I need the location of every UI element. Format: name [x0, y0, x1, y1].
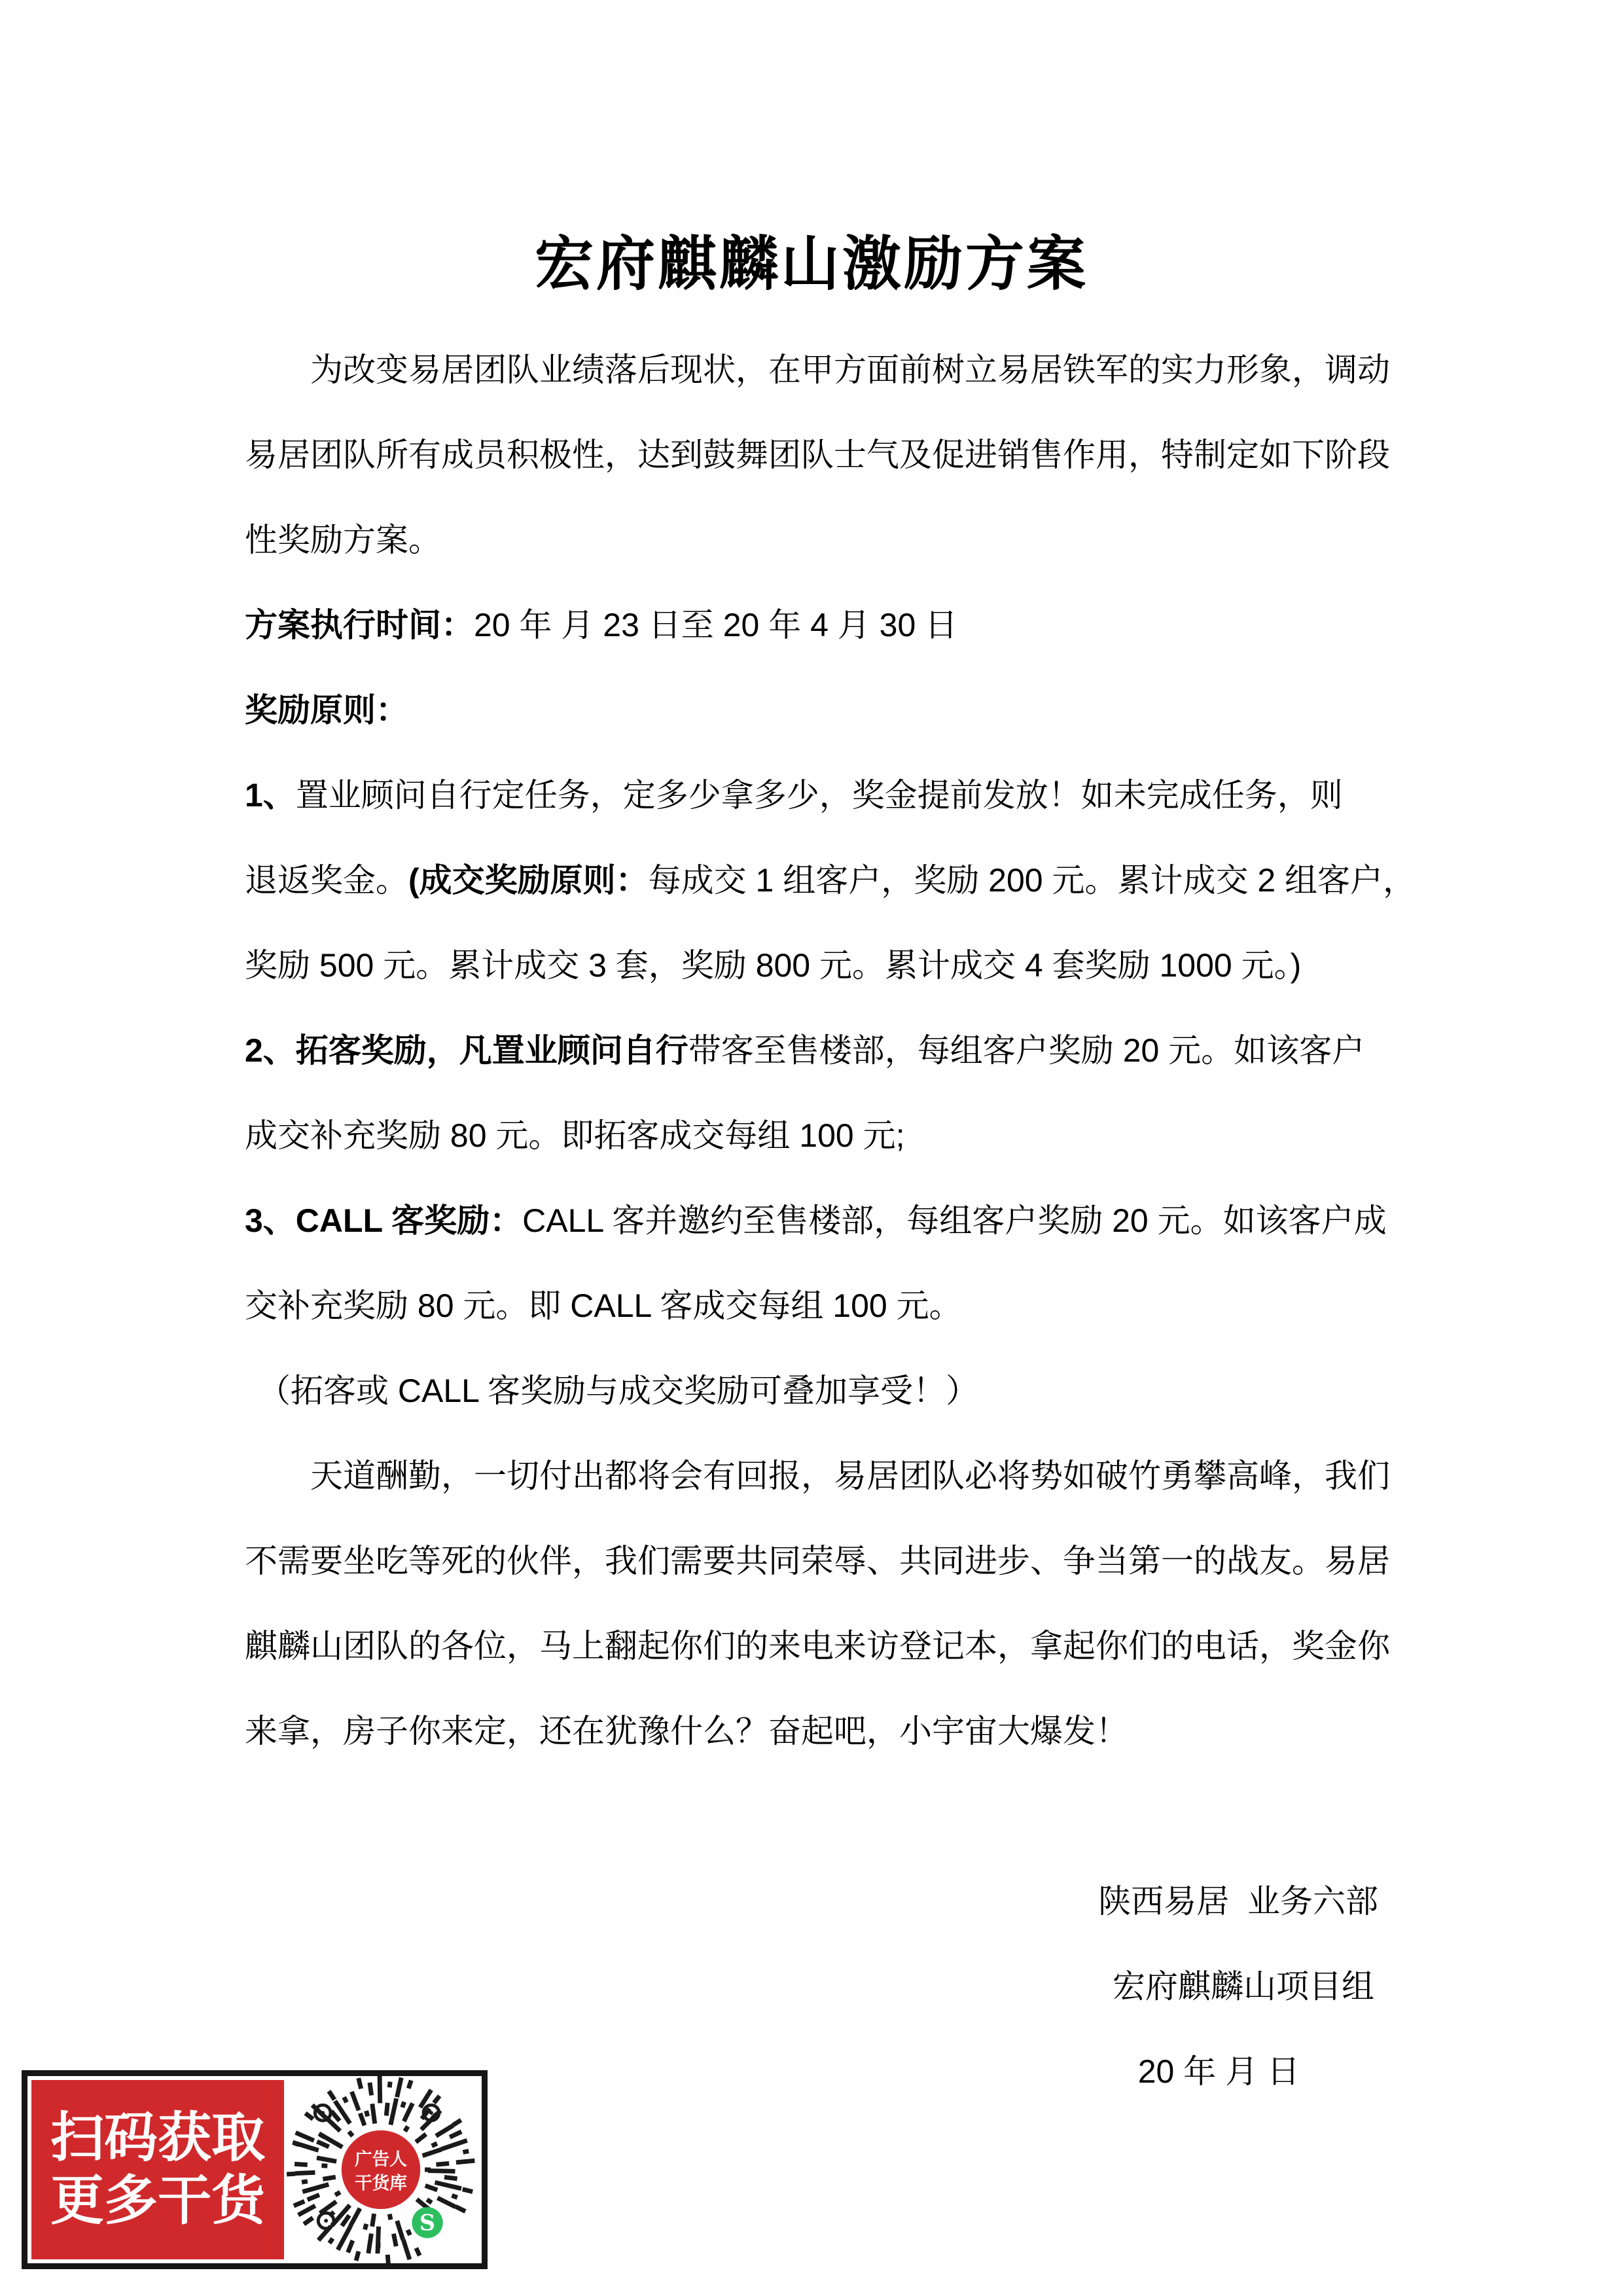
text-run: 为改变易居团队业绩落后现状，在甲方面前树立易居铁军的实力形象，调动	[310, 351, 1390, 388]
signature-department: 陕西易居 业务六部	[245, 1859, 1378, 1944]
qr-center-disc	[342, 2130, 420, 2209]
body-line-item-3: 3、CALL 客奖励：CALL 客并邀约至售楼部，每组客户奖励 20 元。如该客…	[245, 1178, 1378, 1263]
text-run: 宏府麒麟山项目组	[1113, 1968, 1374, 2005]
text-run: 20 年 月 日	[1138, 2053, 1300, 2090]
page-title: 宏府麒麟山激励方案	[0, 230, 1623, 298]
body-line: 成交补充奖励 80 元。即拓客成交每组 100 元;	[245, 1093, 1378, 1178]
text-run: CALL 客并邀约至售楼部，每组客户奖励 20 元。如该客户成	[522, 1202, 1387, 1239]
text-run: 每成交 1 组客户，奖励 200 元。累计成交 2 组客户，	[649, 862, 1416, 899]
label-reward-principle: 奖励原则：	[245, 692, 408, 728]
text-run: 20 年 月 23 日至 20 年 4 月 30 日	[474, 607, 957, 643]
body-line-execution-time: 方案执行时间：20 年 月 23 日至 20 年 4 月 30 日	[245, 583, 1378, 668]
text-run: 退返奖金。	[245, 862, 408, 899]
document-body: 为改变易居团队业绩落后现状，在甲方面前树立易居铁军的实力形象，调动 易居团队所有…	[245, 327, 1378, 2114]
svg-text:S: S	[419, 2210, 435, 2236]
body-line: 退返奖金。(成交奖励原则：每成交 1 组客户，奖励 200 元。累计成交 2 组…	[245, 838, 1378, 923]
scan-code-promo-badge: 扫码获取 更多干货 广告人 干货库 S	[22, 2070, 488, 2269]
signature-project-group: 宏府麒麟山项目组	[245, 1944, 1378, 2029]
text-run: 不需要坐吃等死的伙伴，我们需要共同荣辱、共同进步、争当第一的战友。易居	[245, 1543, 1390, 1579]
mini-program-qr-code[interactable]: 广告人 干货库 S	[284, 2073, 478, 2267]
body-line: 性奖励方案。	[245, 497, 1378, 583]
text-run: 麒麟山团队的各位，马上翻起你们的来电来访登记本，拿起你们的电话，奖金你	[245, 1628, 1390, 1664]
text-run: 奖励 500 元。累计成交 3 套，奖励 800 元。累计成交 4 套奖励 10…	[245, 947, 1301, 984]
body-line-note: （拓客或 CALL 客奖励与成交奖励可叠加享受！）	[245, 1348, 1378, 1433]
text-run: 成交补充奖励 80 元。即拓客成交每组 100 元;	[245, 1117, 905, 1154]
body-line: 来拿，房子你来定，还在犹豫什么？奋起吧，小宇宙大爆发！	[245, 1689, 1378, 1774]
item-3-lead: 3、CALL 客奖励：	[245, 1202, 522, 1239]
item-2-lead: 2、拓客奖励，凡置业顾问自行	[245, 1032, 688, 1069]
text-run: （拓客或 CALL 客奖励与成交奖励可叠加享受！）	[258, 1372, 978, 1409]
promo-caption-line1: 扫码获取	[50, 2107, 265, 2170]
text-run: 带客至售楼部，每组客户奖励 20 元。如该客户	[688, 1032, 1364, 1069]
text-run: 天道酬勤，一切付出都将会有回报，易居团队必将势如破竹勇攀高峰，我们	[310, 1458, 1390, 1494]
body-line-reward-principle-heading: 奖励原则：	[245, 668, 1378, 753]
wechat-miniprogram-logo-icon: S	[412, 2207, 442, 2238]
text-run: 置业顾问自行定任务，定多少拿多少，奖金提前发放！如未完成任务，则	[296, 777, 1343, 814]
label-execution-time: 方案执行时间：	[245, 607, 474, 643]
text-run: 陕西易居 业务六部	[1098, 1883, 1378, 1920]
body-line: 易居团队所有成员积极性，达到鼓舞团队士气及促进销售作用，特制定如下阶段	[245, 412, 1378, 497]
body-line: 天道酬勤，一切付出都将会有回报，易居团队必将势如破竹勇攀高峰，我们	[245, 1433, 1378, 1518]
text-run: 交补充奖励 80 元。即 CALL 客成交每组 100 元。	[245, 1287, 962, 1324]
body-line: 奖励 500 元。累计成交 3 套，奖励 800 元。累计成交 4 套奖励 10…	[245, 923, 1378, 1008]
body-line-item-2: 2、拓客奖励，凡置业顾问自行带客至售楼部，每组客户奖励 20 元。如该客户	[245, 1008, 1378, 1093]
body-line: 不需要坐吃等死的伙伴，我们需要共同荣辱、共同进步、争当第一的战友。易居	[245, 1518, 1378, 1604]
blank-line	[245, 1774, 1378, 1859]
document-page: 宏府麒麟山激励方案 为改变易居团队业绩落后现状，在甲方面前树立易居铁军的实力形象…	[0, 0, 1623, 2296]
qr-panel: 广告人 干货库 S	[284, 2080, 478, 2259]
body-line: 交补充奖励 80 元。即 CALL 客成交每组 100 元。	[245, 1263, 1378, 1348]
qr-center-label-line2: 干货库	[355, 2174, 407, 2193]
body-line: 麒麟山团队的各位，马上翻起你们的来电来访登记本，拿起你们的电话，奖金你	[245, 1604, 1378, 1689]
text-run: 易居团队所有成员积极性，达到鼓舞团队士气及促进销售作用，特制定如下阶段	[245, 437, 1390, 473]
body-line-item-1: 1、置业顾问自行定任务，定多少拿多少，奖金提前发放！如未完成任务，则	[245, 753, 1378, 838]
qr-center-label-line1: 广告人	[355, 2149, 407, 2169]
body-line: 为改变易居团队业绩落后现状，在甲方面前树立易居铁军的实力形象，调动	[245, 327, 1378, 412]
item-number: 1、	[245, 777, 296, 814]
text-run: 性奖励方案。	[245, 522, 441, 558]
text-run: 来拿，房子你来定，还在犹豫什么？奋起吧，小宇宙大爆发！	[245, 1713, 1128, 1749]
label-deal-reward-principle: (成交奖励原则：	[408, 862, 649, 899]
promo-caption-panel: 扫码获取 更多干货	[31, 2080, 284, 2259]
promo-caption-line2: 更多干货	[50, 2170, 265, 2233]
